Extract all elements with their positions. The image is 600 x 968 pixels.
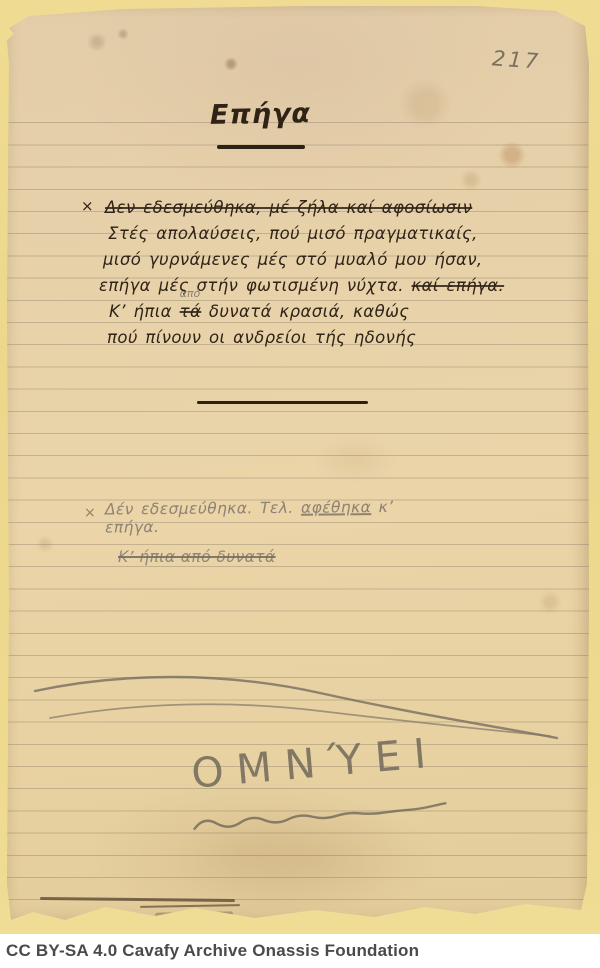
license-caption-bar: CC BY-SA 4.0 Cavafy Archive Onassis Foun… — [0, 934, 600, 968]
draft-line-3: μισό γυρνάμενες μές στό μυαλό μου ήσαν, — [103, 247, 577, 273]
struck-text: Δεν εδεσμεύθηκα, μέ ζήλα καί αφοσίωσιν — [105, 198, 472, 217]
pencil-draft-line-1: Δέν εδεσμεύθηκα. Τελ. αφέθηκα κ’ επήγα. — [105, 498, 445, 537]
struck-word: τά — [180, 302, 202, 321]
manuscript-scan: 217 Επήγα × Δεν εδεσμεύθηκα, μέ ζήλα καί… — [0, 0, 600, 968]
correction-stack: απότά — [180, 299, 202, 325]
draft-line-5: Κ’ ήπια απότά δυνατά κρασιά, καθώς — [109, 299, 577, 325]
page-number-pencil: 217 — [491, 46, 542, 73]
pencil-text: Δέν εδεσμεύθηκα. Τελ. — [105, 499, 294, 519]
underlined-pencil-text: αφέθηκα — [301, 498, 371, 517]
struck-text: καί επήγα. — [412, 276, 505, 295]
paper-tear-shadow — [155, 911, 233, 917]
manuscript-paper-sheet: 217 Επήγα × Δεν εδεσμεύθηκα, μέ ζήλα καί… — [5, 4, 589, 926]
draft-line-1: Δεν εδεσμεύθηκα, μέ ζήλα καί αφοσίωσιν — [105, 195, 577, 221]
license-caption-text: CC BY-SA 4.0 Cavafy Archive Onassis Foun… — [6, 941, 419, 961]
poem-title-handwritten: Επήγα — [210, 98, 311, 131]
draft-line-4-text: επήγα μές στήν φωτισμένη νύχτα. — [99, 276, 404, 295]
pencil-draft-line-2-struck: Κ’ ήπια από δυνατά — [118, 548, 276, 566]
title-underline — [217, 145, 305, 149]
draft-line-4: επήγα μές στήν φωτισμένη νύχτα. καί επήγ… — [99, 273, 577, 299]
margin-x-mark-pencil: × — [84, 505, 96, 521]
pencil-inserted-word: από — [180, 288, 201, 299]
draft-line-5-text: Κ’ ήπια — [109, 302, 172, 321]
draft-line-6: πού πίνουν οι ανδρείοι τής ηδονής — [107, 325, 577, 351]
draft-line-2: Στές απολαύσεις, πού μισό πραγματικαίς, — [108, 221, 577, 247]
margin-x-mark-ink: × — [81, 197, 94, 215]
ink-draft-block: Δεν εδεσμεύθηκα, μέ ζήλα καί αφοσίωσιν Σ… — [99, 195, 577, 351]
draft-line-5-text-b: δυνατά κρασιά, καθώς — [209, 302, 409, 321]
section-divider-rule — [197, 401, 368, 404]
